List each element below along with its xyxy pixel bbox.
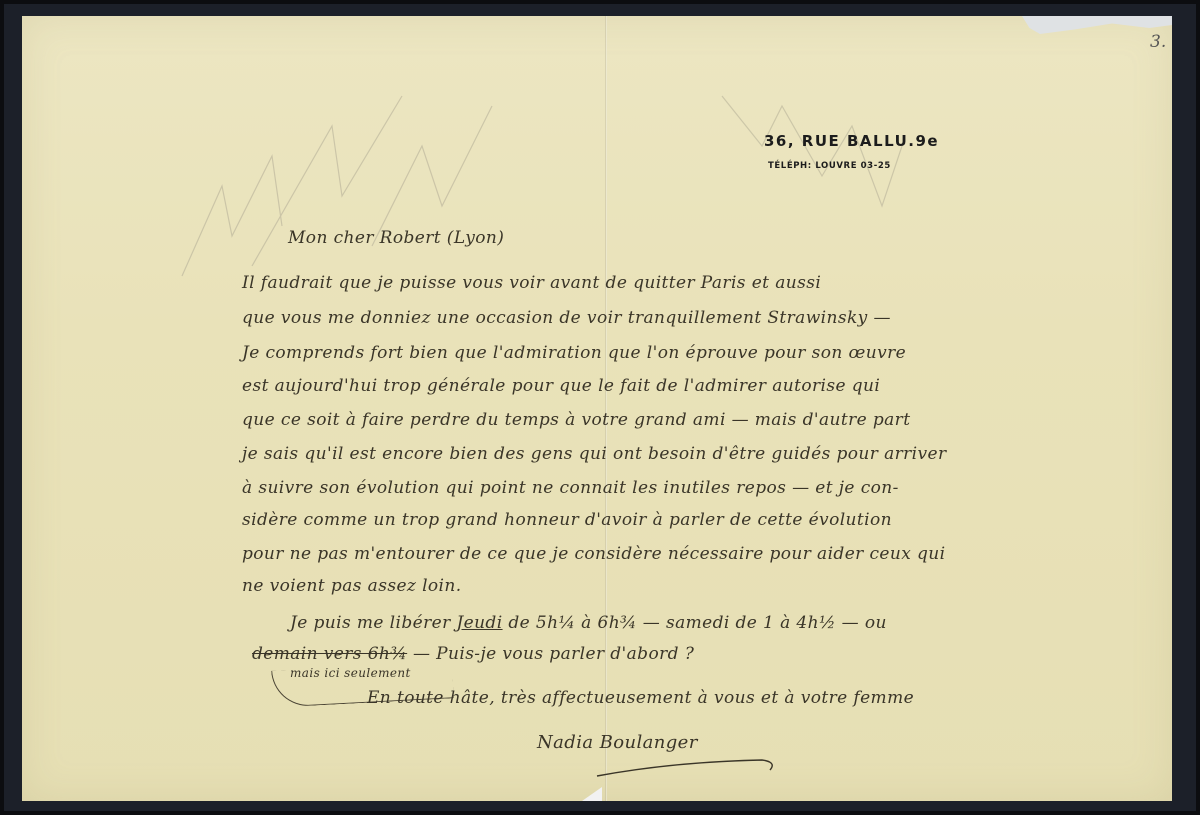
availability-times: de 5h¼ à 6h¾ — samedi de 1 à 4h½ — ou bbox=[503, 613, 887, 633]
paper-fold bbox=[605, 16, 607, 801]
body-line-6: je sais qu'il est encore bien des gens q… bbox=[242, 444, 947, 464]
torn-edge bbox=[582, 787, 602, 801]
struck-alternative: demain vers 6h¾ bbox=[252, 644, 407, 664]
availability-day: Jeudi bbox=[456, 613, 502, 633]
body-line-10: ne voient pas assez loin. bbox=[242, 576, 462, 596]
closing: En toute hâte, très affectueusement à vo… bbox=[367, 688, 914, 708]
availability-prefix: Je puis me libérer bbox=[290, 613, 456, 633]
availability-line-1: Je puis me libérer Jeudi de 5h¼ à 6h¾ — … bbox=[290, 613, 887, 633]
body-line-7: à suivre son évolution qui point ne conn… bbox=[242, 478, 899, 498]
body-line-2: que vous me donniez une occasion de voir… bbox=[242, 308, 891, 328]
letterhead-address: 36, RUE BALLU.9e bbox=[764, 132, 939, 150]
letterhead: 36, RUE BALLU.9e TÉLÉPH: LOUVRE 03-25 bbox=[764, 132, 939, 171]
availability-line-2: demain vers 6h¾ — Puis-je vous parler d'… bbox=[252, 644, 694, 664]
body-line-4: est aujourd'hui trop générale pour que l… bbox=[242, 376, 880, 396]
letter-page: 3. 36, RUE BALLU.9e TÉLÉPH: LOUVRE 03-25… bbox=[22, 16, 1172, 801]
signature-flourish bbox=[592, 754, 782, 780]
pencil-marks bbox=[162, 86, 922, 286]
signature: Nadia Boulanger bbox=[537, 732, 698, 753]
body-line-9: pour ne pas m'entourer de ce que je cons… bbox=[242, 544, 946, 564]
salutation: Mon cher Robert (Lyon) bbox=[288, 228, 504, 248]
letterhead-phone: TÉLÉPH: LOUVRE 03-25 bbox=[768, 161, 939, 171]
body-line-1: Il faudrait que je puisse vous voir avan… bbox=[242, 273, 821, 293]
page-number: 3. bbox=[1150, 32, 1166, 52]
body-line-5: que ce soit à faire perdre du temps à vo… bbox=[242, 410, 910, 430]
body-line-8: sidère comme un trop grand honneur d'avo… bbox=[242, 510, 892, 530]
body-line-3: Je comprends fort bien que l'admiration … bbox=[242, 343, 906, 363]
